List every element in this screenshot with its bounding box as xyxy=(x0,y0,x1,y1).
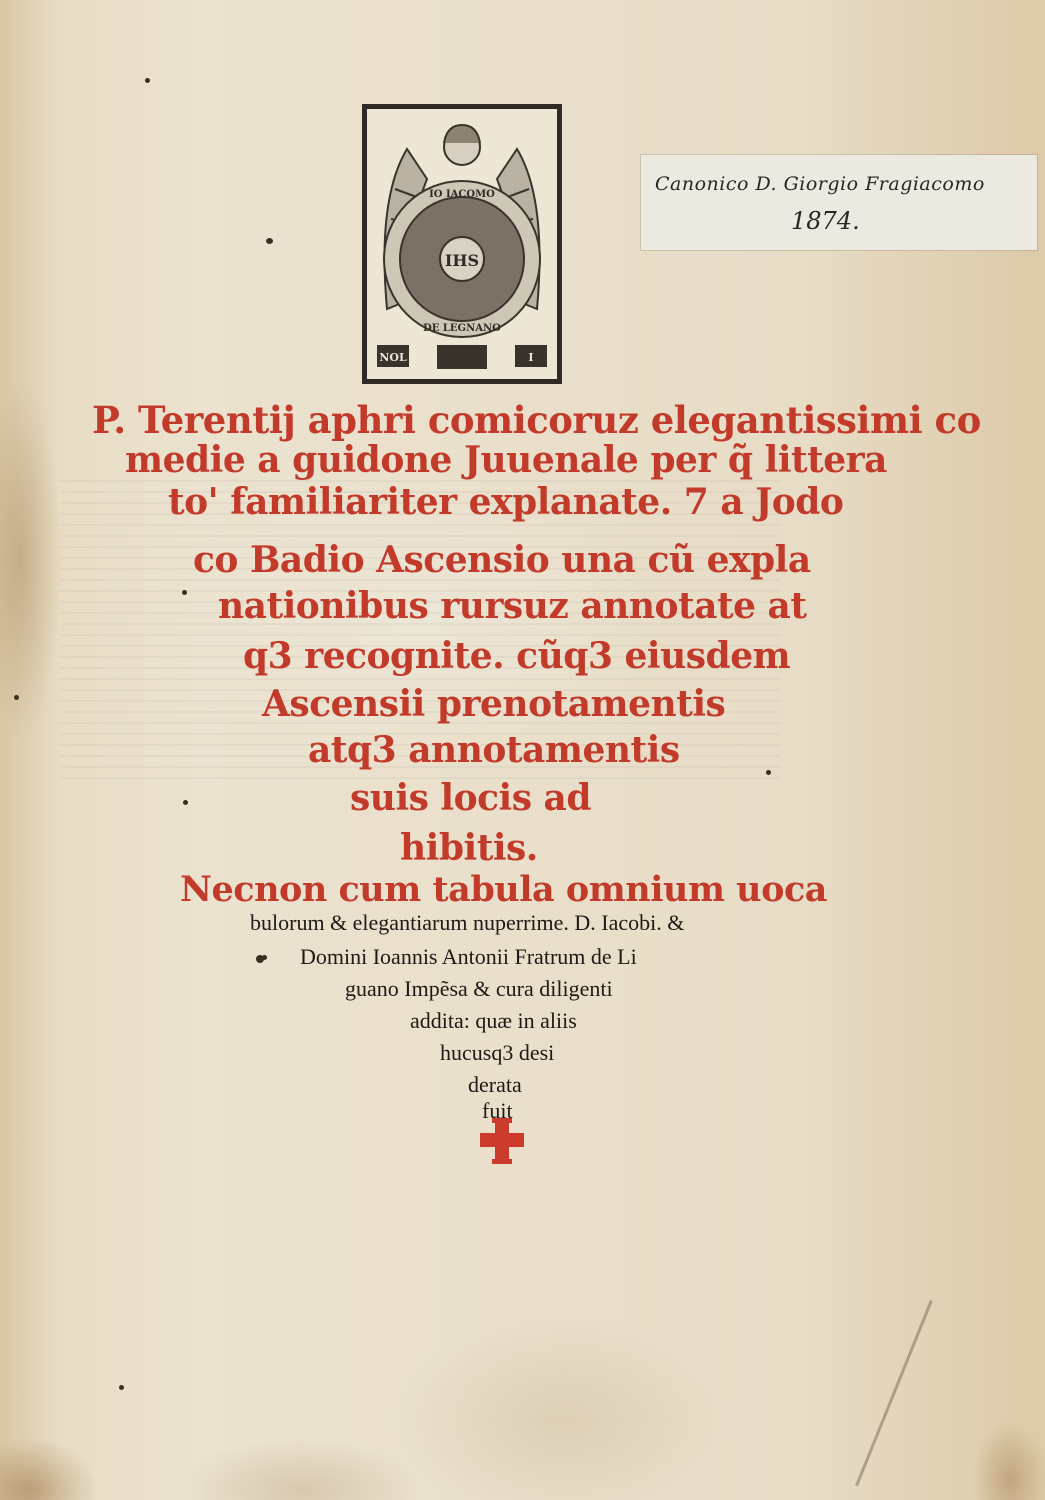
imprint-line: addita: quæ in aliis xyxy=(410,1008,577,1034)
svg-text:DE LEGNANO: DE LEGNANO xyxy=(423,323,501,334)
foxing-spot xyxy=(266,238,273,244)
title-line: nationibus rursuz annotate at xyxy=(218,586,807,626)
foxing-spot xyxy=(766,770,771,775)
ownership-inscription-label: Canonico D. Giorgio Fragiacomo 1874. xyxy=(641,155,1037,250)
foxing-spot xyxy=(145,78,150,83)
inscription-year: 1874. xyxy=(791,207,860,235)
imprint-line: derata xyxy=(468,1072,522,1098)
svg-text:I: I xyxy=(528,351,533,364)
angel-shield-icon: IHS IO IACOMO DE LEGNANO NOL I xyxy=(367,109,557,379)
parchment-page: IHS IO IACOMO DE LEGNANO NOL I Canonico … xyxy=(0,0,1045,1500)
foxing-spot xyxy=(119,1385,124,1390)
title-line: to' familiariter explanate. 7 a Jodo xyxy=(168,482,843,522)
title-line: co Badio Ascensio una cũ expla xyxy=(193,540,811,580)
printers-device-woodcut: IHS IO IACOMO DE LEGNANO NOL I xyxy=(362,104,562,384)
inscription-name: Canonico D. Giorgio Fragiacomo xyxy=(655,173,985,195)
paper-crease xyxy=(855,1300,933,1487)
foxing-spot xyxy=(14,695,19,700)
svg-text:IO IACOMO: IO IACOMO xyxy=(429,189,495,200)
title-line: P. Terentij aphri comicoruz elegantissim… xyxy=(92,400,981,440)
title-line: hibitis. xyxy=(400,828,538,868)
title-line: q3 recognite. cũq3 eiusdem xyxy=(243,636,790,676)
title-line: Ascensii prenotamentis xyxy=(262,684,725,724)
title-line: atq3 annotamentis xyxy=(308,730,680,770)
title-line: medie a guidone Juuenale per q̃ littera xyxy=(125,440,887,480)
cross-icon xyxy=(480,1118,524,1164)
imprint-line: bulorum & elegantiarum nuperrime. D. Iac… xyxy=(250,910,684,936)
imprint-line: hucusq3 desi xyxy=(440,1040,554,1066)
foxing-spot xyxy=(182,590,187,595)
svg-text:NOL: NOL xyxy=(379,351,407,364)
foxing-spot xyxy=(183,800,188,805)
printed-bullet xyxy=(256,955,264,963)
imprint-line: Domini Ioannis Antonii Fratrum de Li xyxy=(300,944,637,970)
imprint-line: guano Impẽsa & cura diligenti xyxy=(345,976,613,1002)
title-line: suis locis ad xyxy=(350,778,591,818)
title-line: Necnon cum tabula omnium uoca xyxy=(180,870,827,910)
svg-text:IHS: IHS xyxy=(445,251,479,270)
